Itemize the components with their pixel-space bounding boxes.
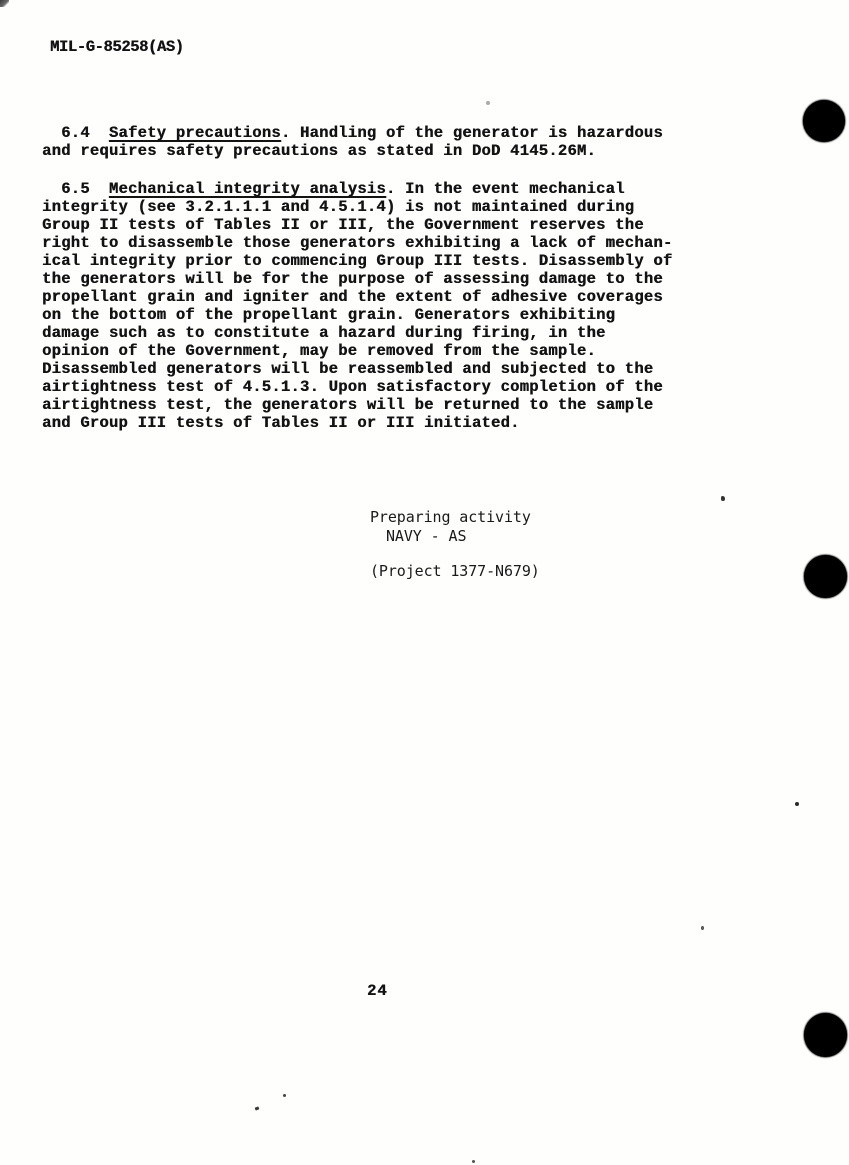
- text-line: integrity (see 3.2.1.1.1 and 4.5.1.4) is…: [42, 198, 672, 216]
- scan-speck: [795, 802, 799, 806]
- scan-speck: [255, 1106, 260, 1110]
- text-line: on the bottom of the propellant grain. G…: [42, 306, 672, 324]
- text-line: 6.4 Safety precautions. Handling of the …: [42, 124, 663, 142]
- text-line: opinion of the Government, may be remove…: [42, 342, 672, 360]
- page-number: 24: [367, 982, 388, 1000]
- text-line: Disassembled generators will be reassemb…: [42, 360, 672, 378]
- preparing-activity-org: NAVY - AS: [370, 527, 540, 546]
- text-line: and Group III tests of Tables II or III …: [42, 414, 672, 432]
- text-line: 6.5 Mechanical integrity analysis. In th…: [42, 180, 672, 198]
- project-number: (Project 1377-N679): [370, 562, 540, 581]
- preparing-activity-title: Preparing activity: [370, 508, 540, 527]
- scan-artifact-corner-mark: [0, 0, 9, 7]
- scan-speck: [486, 101, 490, 105]
- text-line: propellant grain and igniter and the ext…: [42, 288, 672, 306]
- text-line: the generators will be for the purpose o…: [42, 270, 672, 288]
- paragraph-6-4: 6.4 Safety precautions. Handling of the …: [42, 124, 663, 160]
- text-line: damage such as to constitute a hazard du…: [42, 324, 672, 342]
- text-line: and requires safety precautions as state…: [42, 142, 663, 160]
- scan-speck: [701, 926, 704, 930]
- text-line: right to disassemble those generators ex…: [42, 234, 672, 252]
- scan-speck: [472, 1160, 475, 1163]
- hole-punch-dot-bottom: [804, 1013, 847, 1057]
- document-page: MIL-G-85258(AS) 6.4 Safety precautions. …: [0, 0, 849, 1165]
- preparing-activity-block: Preparing activity NAVY - AS (Project 13…: [370, 508, 540, 581]
- text-line: Group II tests of Tables II or III, the …: [42, 216, 672, 234]
- scan-speck: [721, 496, 725, 501]
- hole-punch-dot-middle: [804, 555, 847, 598]
- text-line: ical integrity prior to commencing Group…: [42, 252, 672, 270]
- document-id: MIL-G-85258(AS): [50, 38, 184, 56]
- hole-punch-dot-top: [803, 100, 845, 142]
- text-line: airtightness test of 4.5.1.3. Upon satis…: [42, 378, 672, 396]
- scan-speck: [283, 1094, 286, 1097]
- paragraph-6-5: 6.5 Mechanical integrity analysis. In th…: [42, 180, 672, 432]
- text-line: airtightness test, the generators will b…: [42, 396, 672, 414]
